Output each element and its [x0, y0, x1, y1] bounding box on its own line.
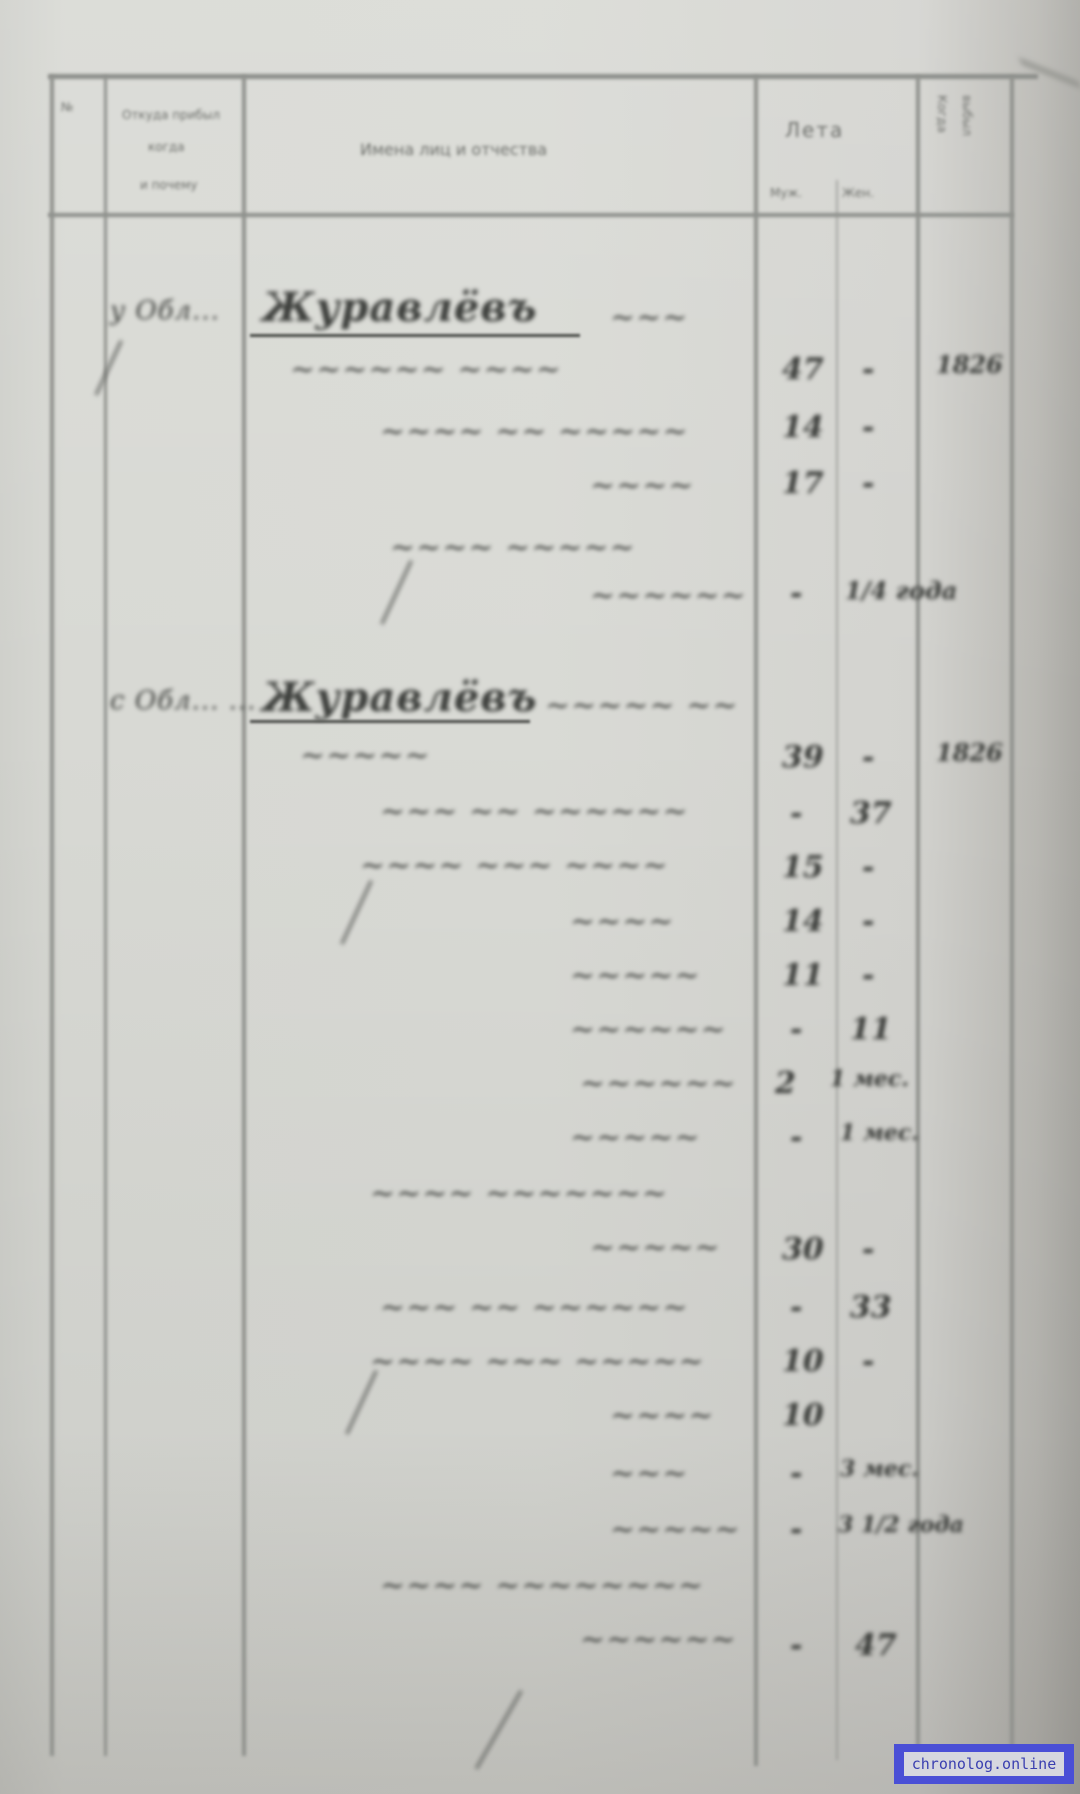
pen-stroke: [345, 1370, 377, 1435]
entry-2-row-7: ~~~~~~: [580, 1066, 737, 1101]
entry-2-row-15: ~~~~~: [610, 1512, 741, 1547]
entry-2-row14-male: -: [790, 1456, 802, 1491]
entry-2-row14-female: 3 мес.: [840, 1456, 919, 1482]
entry-2-origin: с Обл... ...: [110, 686, 256, 716]
entry-2-row1-female: -: [862, 740, 874, 775]
header-bottom-border: [48, 213, 1013, 217]
entry-2-row6-male: -: [790, 1012, 802, 1047]
entry-1-row-3: ~~~~: [590, 468, 695, 503]
entry-2-row-5: ~~~~~: [570, 958, 701, 993]
entry-2-row10-female: -: [862, 1232, 874, 1267]
pen-stroke: [380, 560, 412, 625]
watermark-text: chronolog.online: [904, 1752, 1065, 1776]
entry-2-row10-male: 30: [782, 1232, 824, 1267]
entry-2-row-13: ~~~~: [610, 1398, 715, 1433]
header-right-1: Когда: [935, 95, 949, 133]
entry-2-row-16: ~~~~ ~~~~~~~~: [380, 1568, 704, 1603]
entry-2-row2-male: -: [790, 796, 802, 831]
entry-1-surname: Журавлёвъ: [262, 284, 538, 331]
entry-1-name-line: ~~~: [610, 300, 688, 335]
entry-2-row-11: ~~~ ~~ ~~~~~~: [380, 1290, 689, 1325]
entry-2-row17-male: -: [790, 1628, 802, 1663]
entry-2-row17-female: 47: [855, 1628, 897, 1663]
col-line-6: [1010, 76, 1014, 1766]
entry-1-female-age: -: [862, 352, 874, 387]
entry-2-row13-male: 10: [782, 1398, 824, 1433]
entry-1-row2-male: 14: [782, 410, 824, 445]
entry-1-origin: у Обл...: [110, 296, 220, 326]
header-right-2: выбыл: [960, 95, 974, 136]
entry-2-row-4: ~~~~: [570, 904, 675, 939]
header-names: Имена лиц и отчества: [360, 140, 547, 159]
header-origin-3: и почему: [140, 178, 197, 192]
entry-2-row-12: ~~~~ ~~~ ~~~~~: [370, 1344, 705, 1379]
entry-1-year: 1826: [936, 350, 1003, 379]
pen-stroke: [95, 340, 123, 396]
entry-2-row5-male: 11: [782, 958, 824, 993]
entry-2-row4-female: -: [862, 904, 874, 939]
col-line-3: [754, 76, 758, 1766]
entry-1-row2-female: -: [862, 410, 874, 445]
entry-1-row-4: ~~~~ ~~~~~: [390, 530, 636, 565]
table-top-border: [48, 74, 1038, 79]
entry-2-row12-male: 10: [782, 1344, 824, 1379]
page-curl: [1020, 58, 1080, 208]
entry-2-row-8: ~~~~~: [570, 1120, 701, 1155]
entry-1-row5-female: 1/4 года: [845, 576, 957, 605]
entry-2-surname-underline: [250, 720, 530, 723]
entry-1-row5-male: -: [790, 576, 802, 611]
col-line-1: [104, 76, 107, 1756]
entry-2-row7-male: 2: [775, 1066, 796, 1101]
entry-2-row-6: ~~~~~~: [570, 1012, 727, 1047]
pen-stroke: [475, 1690, 523, 1769]
entry-2-row15-female: 3 1/2 года: [838, 1512, 964, 1538]
entry-1-surname-underline: [250, 334, 580, 337]
entry-2-row-9: ~~~~ ~~~~~~~: [370, 1176, 668, 1211]
entry-2-row8-male: -: [790, 1120, 802, 1155]
entry-1-row-5: ~~~~~~: [590, 578, 747, 613]
col-line-0: [50, 76, 54, 1756]
entry-2-row-3: ~~~~ ~~~ ~~~~: [360, 848, 669, 883]
entry-1-row-1: ~~~~~~ ~~~~: [290, 352, 562, 387]
entry-2-row4-male: 14: [782, 904, 824, 939]
entry-2-row6-female: 11: [850, 1012, 892, 1047]
header-origin-2: когда: [148, 140, 185, 154]
entry-2-row1-male: 39: [782, 740, 824, 775]
entry-1-row3-female: -: [862, 466, 874, 501]
entry-2-row-17: ~~~~~~: [580, 1622, 737, 1657]
entry-1-row-2: ~~~~ ~~ ~~~~~: [380, 414, 689, 449]
entry-2-row15-male: -: [790, 1512, 802, 1547]
entry-2-row5-female: -: [862, 958, 874, 993]
entry-1-row3-male: 17: [782, 466, 824, 501]
document-page: № Откуда прибыл когда и почему Имена лиц…: [0, 0, 1080, 1794]
entry-2-row-14: ~~~: [610, 1456, 688, 1491]
entry-2-row8-female: 1 мес.: [840, 1120, 919, 1146]
header-number: №: [60, 100, 74, 114]
entry-2-row2-female: 37: [850, 796, 892, 831]
entry-2-row-10: ~~~~~: [590, 1230, 721, 1265]
entry-2-row-2: ~~~ ~~ ~~~~~~: [380, 794, 689, 829]
col-line-2: [242, 76, 246, 1756]
entry-2-row7-female: 1 мес.: [830, 1066, 909, 1092]
entry-1-male-age: 47: [782, 352, 824, 387]
entry-2-surname: Журавлёвъ: [262, 674, 538, 721]
header-ages-male: Муж.: [770, 186, 802, 200]
entry-2-row11-male: -: [790, 1290, 802, 1325]
entry-2-row-1: ~~~~~: [300, 738, 431, 773]
entry-2-row3-female: -: [862, 850, 874, 885]
entry-2-row12-female: -: [862, 1344, 874, 1379]
header-ages: Лета: [785, 118, 844, 142]
entry-2-year: 1826: [936, 738, 1003, 767]
entry-2-row3-male: 15: [782, 850, 824, 885]
watermark-badge: chronolog.online: [894, 1744, 1074, 1784]
header-origin-1: Откуда прибыл: [122, 108, 220, 122]
entry-2-row11-female: 33: [850, 1290, 892, 1325]
entry-2-name-line: ~~~~~ ~~: [545, 688, 739, 723]
pen-stroke: [340, 880, 372, 945]
header-ages-female: Жен.: [842, 186, 874, 200]
